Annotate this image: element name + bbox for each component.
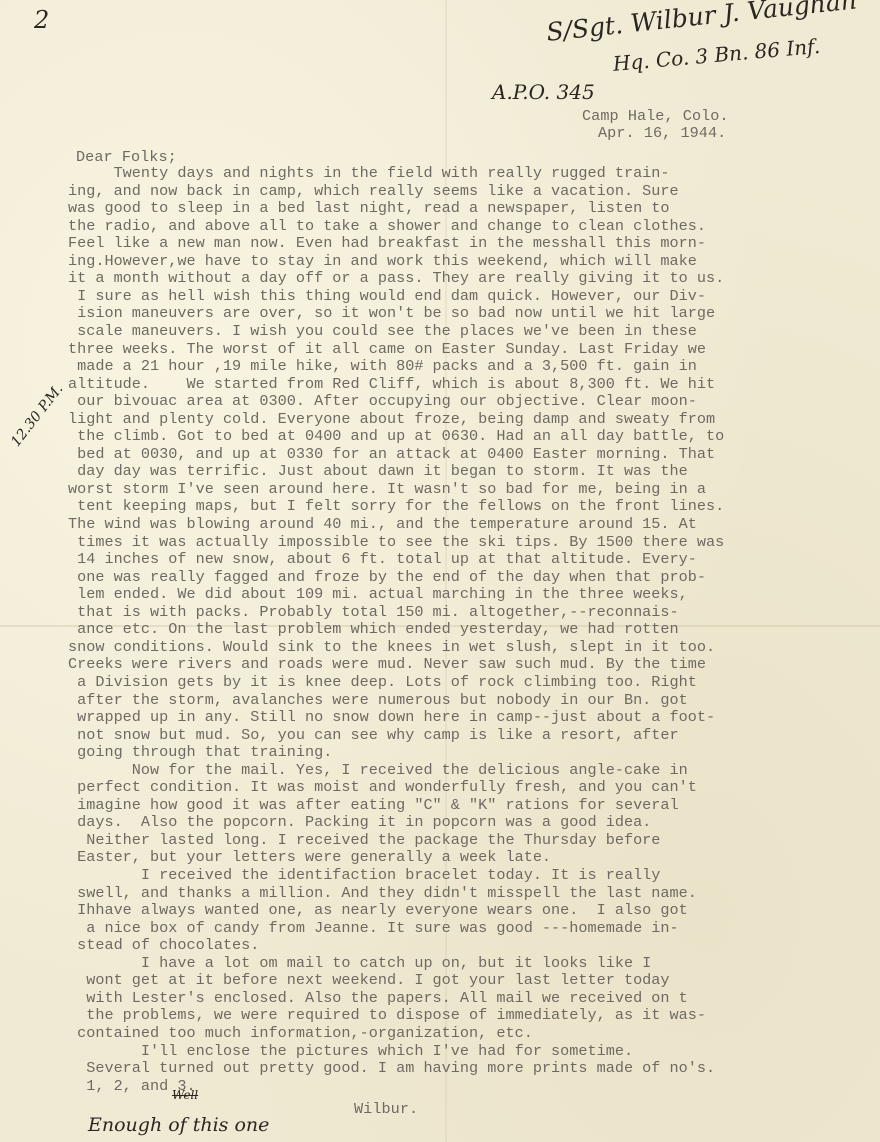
letter-line: day day was terrific. Just about dawn it…: [68, 464, 688, 479]
letter-line: perfect condition. It was moist and wond…: [68, 780, 697, 795]
letter-line: after the storm, avalanches were numerou…: [68, 693, 688, 708]
signature: Wilbur.: [354, 1100, 418, 1118]
letter-line: three weeks. The worst of it all came on…: [68, 342, 706, 357]
letter-line: with Lester's enclosed. Also the papers.…: [68, 991, 688, 1006]
letter-line: bed at 0030, and up at 0330 for an attac…: [68, 447, 715, 462]
letter-line: worst storm I've seen around here. It wa…: [68, 482, 706, 497]
letter-line: I sure as hell wish this thing would end…: [68, 289, 706, 304]
letter-line: swell, and thanks a million. And they di…: [68, 886, 697, 901]
letter-line: a nice box of candy from Jeanne. It sure…: [68, 921, 679, 936]
letter-line: ing, and now back in camp, which really …: [68, 184, 679, 199]
apo-number: A.P.O. 345: [492, 80, 595, 104]
letter-line: one was really fagged and froze by the e…: [68, 570, 706, 585]
closing-note: Enough of this one: [88, 1114, 269, 1136]
letter-line: light and plenty cold. Everyone about fr…: [68, 412, 715, 427]
letter-line: the radio, and above all to take a showe…: [68, 219, 706, 234]
letter-line: I received the identifaction bracelet to…: [68, 868, 660, 883]
letter-line: stead of chocolates.: [68, 938, 259, 953]
letter-line: ision maneuvers are over, so it won't be…: [68, 306, 715, 321]
letter-line: Now for the mail. Yes, I received the de…: [68, 763, 688, 778]
letter-line: not snow but mud. So, you can see why ca…: [68, 728, 679, 743]
letter-line: days. Also the popcorn. Packing it in po…: [68, 815, 651, 830]
letter-line: Twenty days and nights in the field with…: [68, 166, 670, 181]
letter-line: going through that training.: [68, 745, 332, 760]
letter-line: our bivouac area at 0300. After occupyin…: [68, 394, 697, 409]
letter-place: Camp Hale, Colo.: [582, 107, 729, 125]
letter-line: scale maneuvers. I wish you could see th…: [68, 324, 697, 339]
letter-line: Several turned out pretty good. I am hav…: [68, 1061, 715, 1076]
letter-line: contained too much information,-organiza…: [68, 1026, 533, 1041]
letter-line: imagine how good it was after eating "C"…: [68, 798, 679, 813]
letter-line: I have a lot om mail to catch up on, but…: [68, 956, 651, 971]
letter-line: was good to sleep in a bed last night, r…: [68, 201, 670, 216]
letter-line: that is with packs. Probably total 150 m…: [68, 605, 679, 620]
letter-line: The wind was blowing around 40 mi., and …: [68, 517, 697, 532]
letter-line: altitude. We started from Red Cliff, whi…: [68, 377, 715, 392]
letter-line: the climb. Got to bed at 0400 and up at …: [68, 429, 724, 444]
letter-line: Neither lasted long. I received the pack…: [68, 833, 660, 848]
letter-line: ing.However,we have to stay in and work …: [68, 254, 697, 269]
letter-line: Easter, but your letters were generally …: [68, 850, 551, 865]
letter-line: the problems, we were required to dispos…: [68, 1008, 706, 1023]
page-number: 2: [34, 6, 49, 34]
letter-line: times it was actually impossible to see …: [68, 535, 724, 550]
sender-unit: Hq. Co. 3 Bn. 86 Inf.: [612, 34, 821, 76]
letter-line: Ihhave always wanted one, as nearly ever…: [68, 903, 688, 918]
letter-line: made a 21 hour ,19 mile hike, with 80# p…: [68, 359, 697, 374]
letter-line: Creeks were rivers and roads were mud. N…: [68, 657, 706, 672]
letter-line: snow conditions. Would sink to the knees…: [68, 640, 715, 655]
letter-line: I'll enclose the pictures which I've had…: [68, 1044, 633, 1059]
letter-line: wont get at it before next weekend. I go…: [68, 973, 670, 988]
letter-line: ance etc. On the last problem which ende…: [68, 622, 679, 637]
letter-line: it a month without a day off or a pass. …: [68, 271, 724, 286]
letter-line: 14 inches of new snow, about 6 ft. total…: [68, 552, 697, 567]
struck-insert: Well: [172, 1088, 198, 1102]
letter-line: a Division gets by it is knee deep. Lots…: [68, 675, 697, 690]
letter-date: Apr. 16, 1944.: [598, 124, 726, 142]
letter-line: lem ended. We did about 109 mi. actual m…: [68, 587, 688, 602]
letter-line: wrapped up in any. Still no snow down he…: [68, 710, 715, 725]
letter-line: Feel like a new man now. Even had breakf…: [68, 236, 706, 251]
margin-time-note: 12.30 P.M.: [8, 381, 66, 449]
letter-line: tent keeping maps, but I felt sorry for …: [68, 499, 724, 514]
